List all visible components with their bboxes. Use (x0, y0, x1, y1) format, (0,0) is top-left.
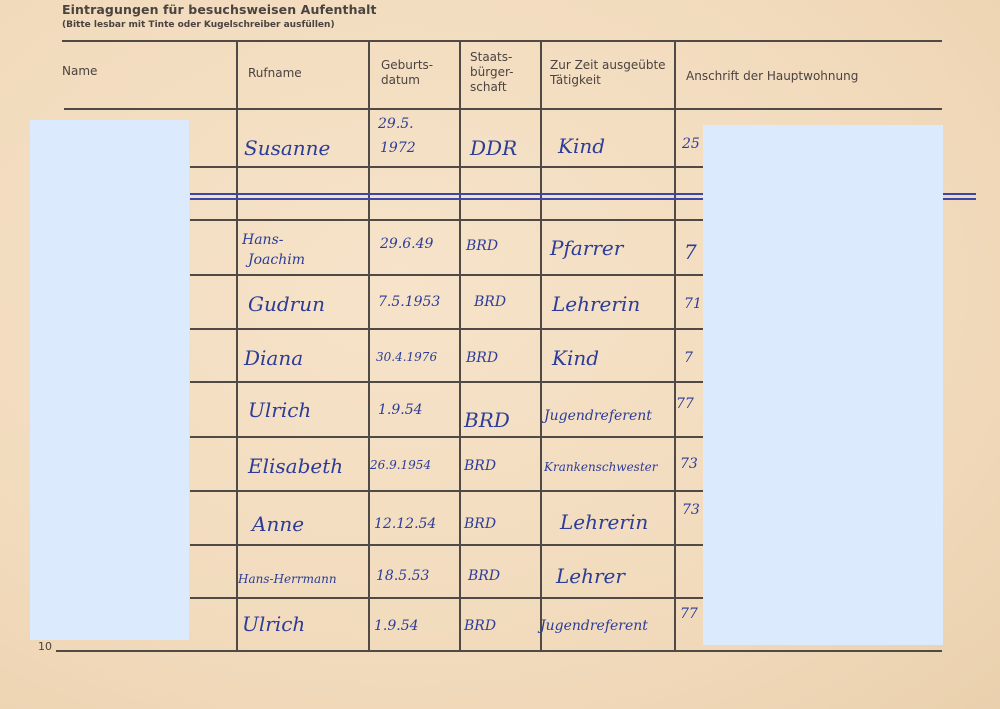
redaction-address-column (703, 125, 943, 645)
page-number: 10 (38, 640, 52, 653)
cell-geburtsdatum: 12.12.54 (374, 516, 436, 532)
cell-staat: BRD (464, 458, 496, 474)
header-staat-line2: bürger- (470, 65, 513, 80)
redaction-name-column (30, 120, 189, 640)
cell-rufname: Hans- (242, 232, 284, 248)
cell-geburtsdatum: 30.4.1976 (376, 350, 437, 364)
cell-staat: BRD (474, 294, 506, 310)
cell-rufname: Diana (244, 346, 303, 370)
cell-geburtsdatum: 18.5.53 (376, 568, 429, 584)
cell-rufname: Hans-Herrmann (238, 572, 337, 586)
table-top-rule (62, 40, 942, 42)
cell-staat: BRD (466, 238, 498, 254)
cell-rufname: Elisabeth (248, 454, 343, 478)
col-rule (368, 40, 370, 652)
cell-staat: BRD (468, 568, 500, 584)
cell-taetigkeit: Kind (558, 134, 605, 158)
header-taetigkeit: Zur Zeit ausgeübte Tätigkeit (550, 58, 666, 88)
header-taetigkeit-line2: Tätigkeit (550, 73, 666, 88)
header-taetigkeit-line1: Zur Zeit ausgeübte (550, 58, 666, 73)
cell-geburtsdatum: 29.6.49 (380, 236, 433, 252)
cell-geburtsdatum: 1.9.54 (378, 402, 423, 418)
cell-anschrift: 73 (682, 502, 700, 518)
col-rule (236, 40, 238, 652)
header-rufname: Rufname (248, 66, 302, 81)
cell-taetigkeit: Kind (552, 346, 599, 370)
cell-geburtsdatum: 26.9.1954 (370, 458, 431, 472)
cell-anschrift: 71 (684, 296, 702, 312)
header-geburtsdatum-line1: Geburts- (381, 58, 433, 73)
header-staatsbuergerschaft: Staats- bürger- schaft (470, 50, 513, 95)
cell-taetigkeit: Jugendreferent (540, 618, 648, 634)
cell-rufname: Ulrich (248, 398, 311, 422)
cell-anschrift: 77 (680, 606, 698, 622)
cell-taetigkeit: Pfarrer (550, 236, 623, 260)
cell-taetigkeit: Jugendreferent (544, 408, 652, 424)
cell-geburtsdatum: 1972 (380, 140, 416, 156)
cell-rufname: Susanne (244, 136, 330, 160)
cell-staat: BRD (464, 516, 496, 532)
cell-rufname: Gudrun (248, 292, 325, 316)
cell-anschrift: 25 (682, 136, 700, 152)
header-anschrift: Anschrift der Hauptwohnung (686, 69, 858, 84)
cell-rufname: Anne (252, 512, 304, 536)
cell-anschrift: 7 (684, 240, 697, 264)
cell-anschrift: 77 (676, 396, 694, 412)
cell-taetigkeit: Lehrer (556, 564, 625, 588)
cell-taetigkeit: Krankenschwester (544, 460, 657, 474)
header-name: Name (62, 64, 97, 79)
cell-staat: BRD (466, 350, 498, 366)
cell-taetigkeit: Lehrerin (552, 292, 640, 316)
header-geburtsdatum: Geburts- datum (381, 58, 433, 88)
cell-rufname: Ulrich (242, 612, 305, 636)
cell-staat: DDR (470, 136, 517, 160)
form-subtitle: (Bitte lesbar mit Tinte oder Kugelschrei… (62, 20, 335, 30)
cell-geburtsdatum: 1.9.54 (374, 618, 419, 634)
header-bottom-rule (64, 108, 942, 110)
table-bottom-rule (56, 650, 942, 652)
form-title: Eintragungen für besuchsweisen Aufenthal… (62, 2, 377, 17)
cell-taetigkeit: Lehrerin (560, 510, 648, 534)
cell-staat: BRD (464, 618, 496, 634)
cell-geburtsdatum: 7.5.1953 (378, 294, 440, 310)
header-staat-line3: schaft (470, 80, 513, 95)
cell-rufname: Joachim (248, 252, 305, 268)
col-rule (674, 40, 676, 652)
header-geburtsdatum-line2: datum (381, 73, 433, 88)
header-staat-line1: Staats- (470, 50, 513, 65)
col-rule (540, 40, 542, 652)
cell-anschrift: 73 (680, 456, 698, 472)
cell-geburtsdatum: 29.5. (378, 116, 414, 132)
col-rule (459, 40, 461, 652)
cell-anschrift: 7 (684, 350, 693, 366)
cell-staat: BRD (464, 408, 510, 432)
